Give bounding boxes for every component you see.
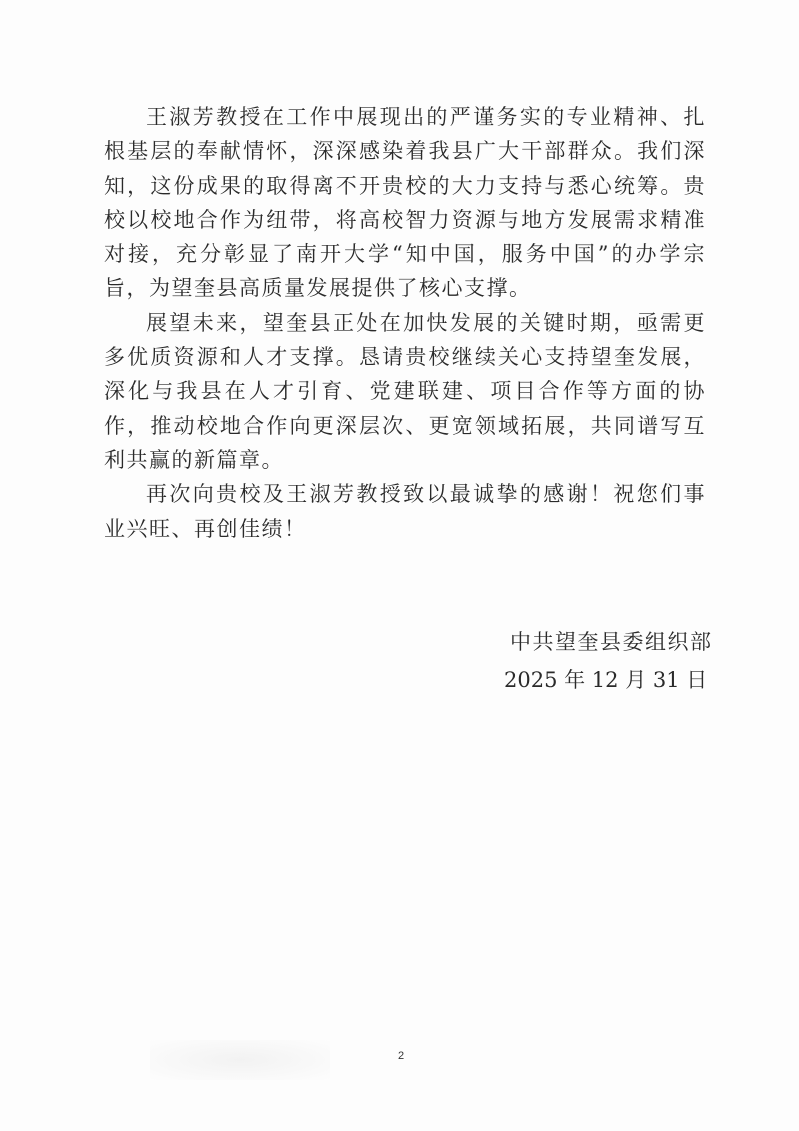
document-page: 王淑芳教授在工作中展现出的严谨务实的专业精神、扎根基层的奉献情怀，深深感染着我县…	[0, 0, 799, 1131]
signature-organization: 中共望奎县委组织部	[510, 626, 713, 656]
scan-smudge	[150, 1040, 330, 1080]
letter-body: 王淑芳教授在工作中展现出的严谨务实的专业精神、扎根基层的奉献情怀，深深感染着我县…	[104, 100, 706, 546]
paragraph-gratitude: 王淑芳教授在工作中展现出的严谨务实的专业精神、扎根基层的奉献情怀，深深感染着我县…	[104, 100, 706, 306]
page-number: 2	[398, 1050, 404, 1062]
paragraph-outlook: 展望未来，望奎县正处在加快发展的关键时期，亟需更多优质资源和人才支撑。恳请贵校继…	[104, 306, 706, 477]
signature-date: 2025 年 12 月 31 日	[504, 664, 707, 694]
paragraph-closing: 再次向贵校及王淑芳教授致以最诚挚的感谢！祝您们事业兴旺、再创佳绩！	[104, 477, 706, 546]
